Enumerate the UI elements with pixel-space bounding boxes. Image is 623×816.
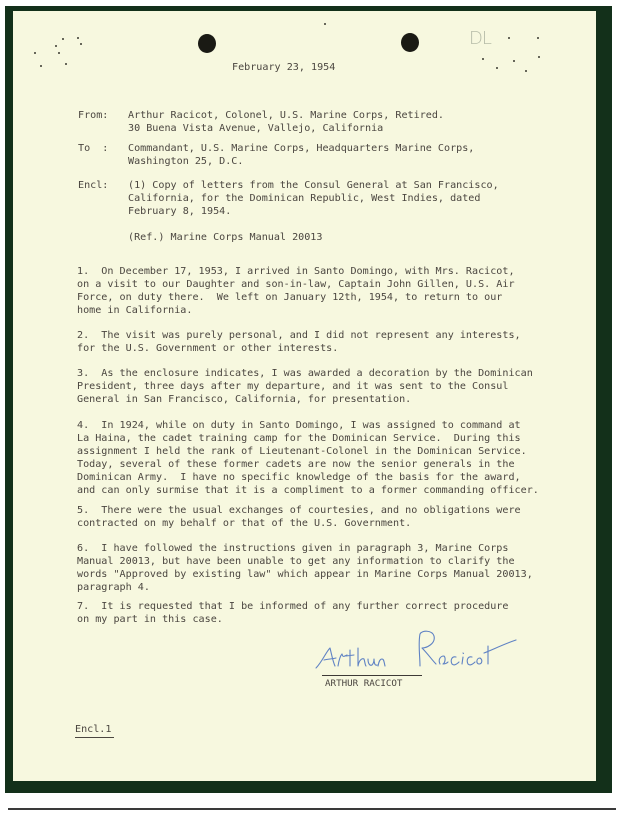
paragraph-1-line: home in California. [77, 305, 192, 318]
signature-line [322, 675, 422, 676]
to-line-1: Commandant, U.S. Marine Corps, Headquart… [128, 143, 474, 156]
paragraph-3-line: General in San Francisco, California, fo… [77, 394, 411, 407]
paragraph-4-line: Dominican Army. I have no specific knowl… [77, 472, 521, 485]
enclosure-note: Encl.1 [75, 724, 111, 737]
paragraph-7-line: 7. It is requested that I be informed of… [77, 601, 508, 614]
encl-label: Encl: [78, 180, 108, 193]
paragraph-4-line: Today, several of these former cadets ar… [77, 459, 515, 472]
paragraph-4-line: and can only surmise that it is a compli… [77, 485, 539, 498]
paragraph-4-line: assignment I held the rank of Lieutenant… [77, 446, 527, 459]
letter-date: February 23, 1954 [232, 62, 335, 75]
paragraph-1-line: Force, on duty there. We left on January… [77, 292, 502, 305]
typed-signature-name: ARTHUR RACICOT [325, 678, 402, 691]
from-line-1: Arthur Racicot, Colonel, U.S. Marine Cor… [128, 110, 444, 123]
paragraph-1-line: 1. On December 17, 1953, I arrived in Sa… [77, 266, 515, 279]
punch-hole-right [401, 33, 419, 52]
paragraph-2-line: for the U.S. Government or other interes… [77, 343, 338, 356]
reference-line: (Ref.) Marine Corps Manual 20013 [128, 232, 322, 245]
to-label: To : [78, 143, 108, 156]
punch-hole-left [198, 34, 216, 53]
paragraph-6-line: 6. I have followed the instructions give… [77, 543, 508, 556]
paragraph-1-line: on a visit to our Daughter and son-in-la… [77, 279, 515, 292]
from-line-2: 30 Buena Vista Avenue, Vallejo, Californ… [128, 123, 383, 136]
to-line-2: Washington 25, D.C. [128, 156, 243, 169]
paragraph-5-line: 5. There were the usual exchanges of cou… [77, 505, 521, 518]
paragraph-6-line: words "Approved by existing law" which a… [77, 569, 533, 582]
paragraph-4-line: 4. In 1924, while on duty in Santo Domin… [77, 420, 521, 433]
encl-line-3: February 8, 1954. [128, 206, 231, 219]
enclosure-underline [75, 737, 114, 738]
pencil-mark: DL [469, 28, 491, 49]
encl-line-1: (1) Copy of letters from the Consul Gene… [128, 180, 499, 193]
paragraph-3-line: 3. As the enclosure indicates, I was awa… [77, 368, 533, 381]
paragraph-2-line: 2. The visit was purely personal, and I … [77, 330, 521, 343]
paragraph-7-line: on my part in this case. [77, 614, 223, 627]
from-label: From: [78, 110, 108, 123]
paragraph-5-line: contracted on my behalf or that of the U… [77, 518, 411, 531]
paragraph-4-line: La Haina, the cadet training camp for th… [77, 433, 521, 446]
paragraph-3-line: President, three days after my departure… [77, 381, 508, 394]
paragraph-6-line: Manual 20013, but have been unable to ge… [77, 556, 515, 569]
encl-line-2: California, for the Dominican Republic, … [128, 193, 480, 206]
scan-bottom-rule [8, 808, 616, 810]
handwritten-signature [312, 626, 522, 676]
paragraph-6-line: paragraph 4. [77, 582, 150, 595]
